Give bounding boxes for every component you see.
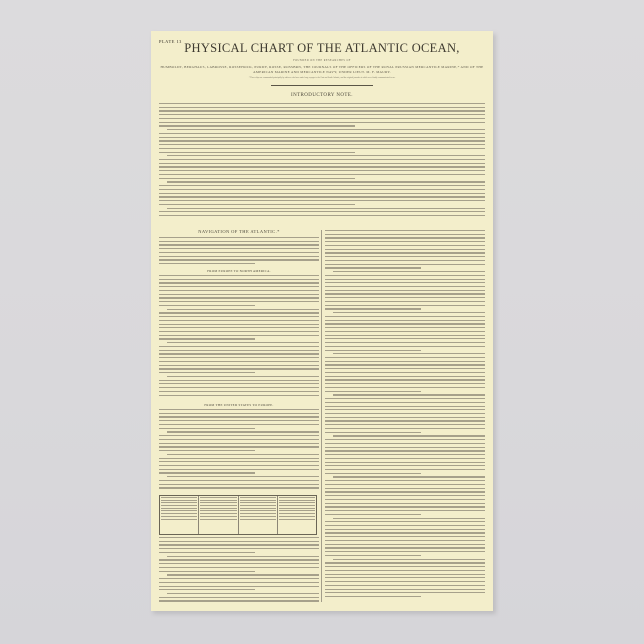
heading-us-to-europe: FROM THE UNITED STATES TO EUROPE.: [159, 403, 319, 407]
europe-to-america-text: [159, 275, 319, 400]
passage-notes-text: [159, 537, 319, 605]
passage-table: [159, 495, 317, 535]
heading-introductory-note: INTRODUCTORY NOTE.: [151, 93, 493, 98]
document-page: PLATE 13 PHYSICAL CHART OF THE ATLANTIC …: [151, 31, 493, 611]
heading-europe-to-america: FROM EUROPE TO NORTH AMERICA.: [159, 269, 319, 273]
us-to-europe-text: [159, 409, 319, 493]
title-divider: [271, 85, 373, 86]
document-title: PHYSICAL CHART OF THE ATLANTIC OCEAN,: [151, 41, 493, 56]
footnote: * These ships are commanded principally …: [191, 77, 453, 80]
intro-text: [159, 103, 485, 220]
heading-navigation: NAVIGATION OF THE ATLANTIC.*: [159, 229, 319, 234]
subtitle-founded: FOUNDED ON THE RESEARCHES OF: [151, 59, 493, 62]
right-column-text: [325, 230, 485, 602]
navigation-text: [159, 237, 319, 267]
column-divider: [321, 230, 322, 602]
subtitle-sources: HUMBOLDT, BERGHAUS, LABROSSE, ROSSEHOCK,…: [159, 65, 485, 75]
